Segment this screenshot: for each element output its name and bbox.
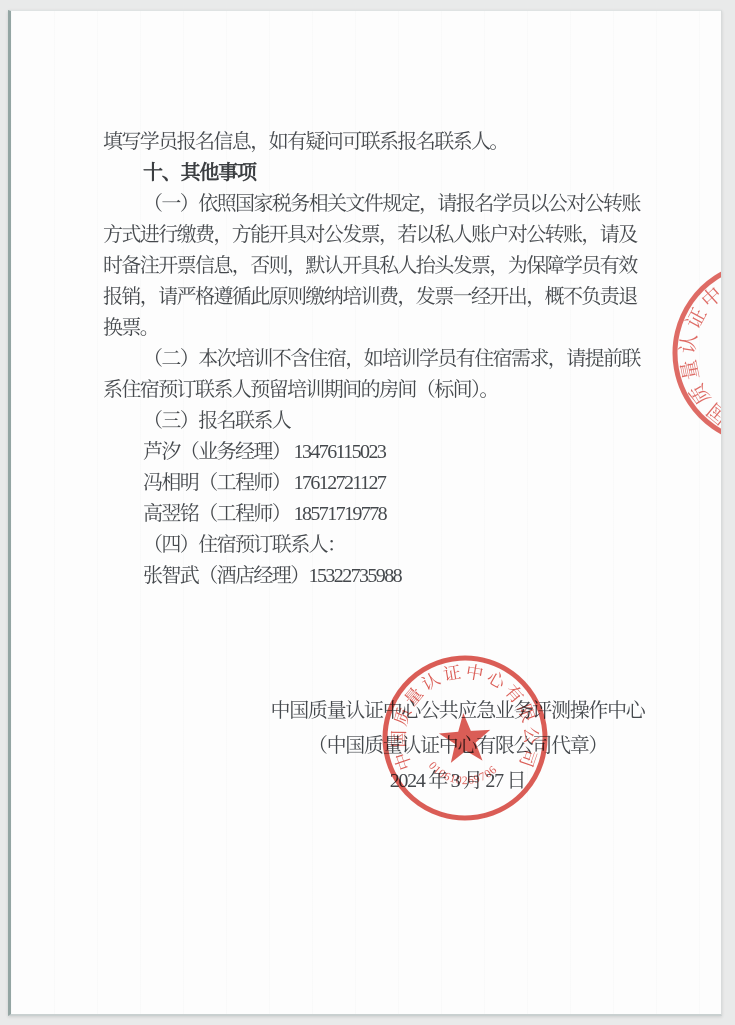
text-line: 时备注开票信息，否则，默认开具私人抬头发票，为保障学员有效 xyxy=(103,251,648,282)
date-line: 2024 年 3 月 27 日 xyxy=(255,764,660,799)
org-name-line: 中国质量认证中心公共应急业务评测操作中心 xyxy=(255,694,660,729)
body-text: 填写学员报名信息，如有疑问可联系报名联系人。 十、其他事项 （一）依照国家税务相… xyxy=(103,127,648,592)
section-heading: 十、其他事项 xyxy=(103,158,648,189)
text-line: 方式进行缴费，方能开具对公发票，若以私人账户对公转账，请及 xyxy=(103,220,648,251)
contact-line: 芦汐（业务经理） 13476115023 xyxy=(103,437,648,468)
seal-ring xyxy=(665,253,722,453)
contact-line: 张智武（酒店经理）15322735988 xyxy=(103,561,648,592)
contact-line: 高翌铭（工程师） 18571719778 xyxy=(103,499,648,530)
text-line: 填写学员报名信息，如有疑问可联系报名联系人。 xyxy=(103,127,648,158)
text-line: （一）依照国家税务相关文件规定，请报名学员以公对公转账 xyxy=(103,189,648,220)
svg-text:中国质量认证中心有限公司: 中国质量认证中心有限公司 xyxy=(665,253,722,450)
org-stamp-note-line: （中国质量认证中心有限公司代章） xyxy=(255,729,660,764)
text-line: （三）报名联系人 xyxy=(103,406,648,437)
partial-seal-edge: 中国质量认证中心有限公司 xyxy=(665,253,722,453)
contact-line: 冯相明（工程师） 17612721127 xyxy=(103,468,648,499)
text-line: 换票。 xyxy=(103,313,648,344)
text-line: （四）住宿预订联系人： xyxy=(103,530,648,561)
text-line: 报销，请严格遵循此原则缴纳培训费，发票一经开出，概不负责退 xyxy=(103,282,648,313)
text-line: （二）本次培训不含住宿，如培训学员有住宿需求，请提前联 xyxy=(103,344,648,375)
text-line: 系住宿预订联系人预留培训期间的房间（标间）。 xyxy=(103,375,648,406)
seal-company-text: 中国质量认证中心有限公司 xyxy=(665,253,722,450)
signature-block: 中国质量认证中心公共应急业务评测操作中心 （中国质量认证中心有限公司代章） 20… xyxy=(255,694,660,799)
document-page: 填写学员报名信息，如有疑问可联系报名联系人。 十、其他事项 （一）依照国家税务相… xyxy=(8,10,722,1016)
